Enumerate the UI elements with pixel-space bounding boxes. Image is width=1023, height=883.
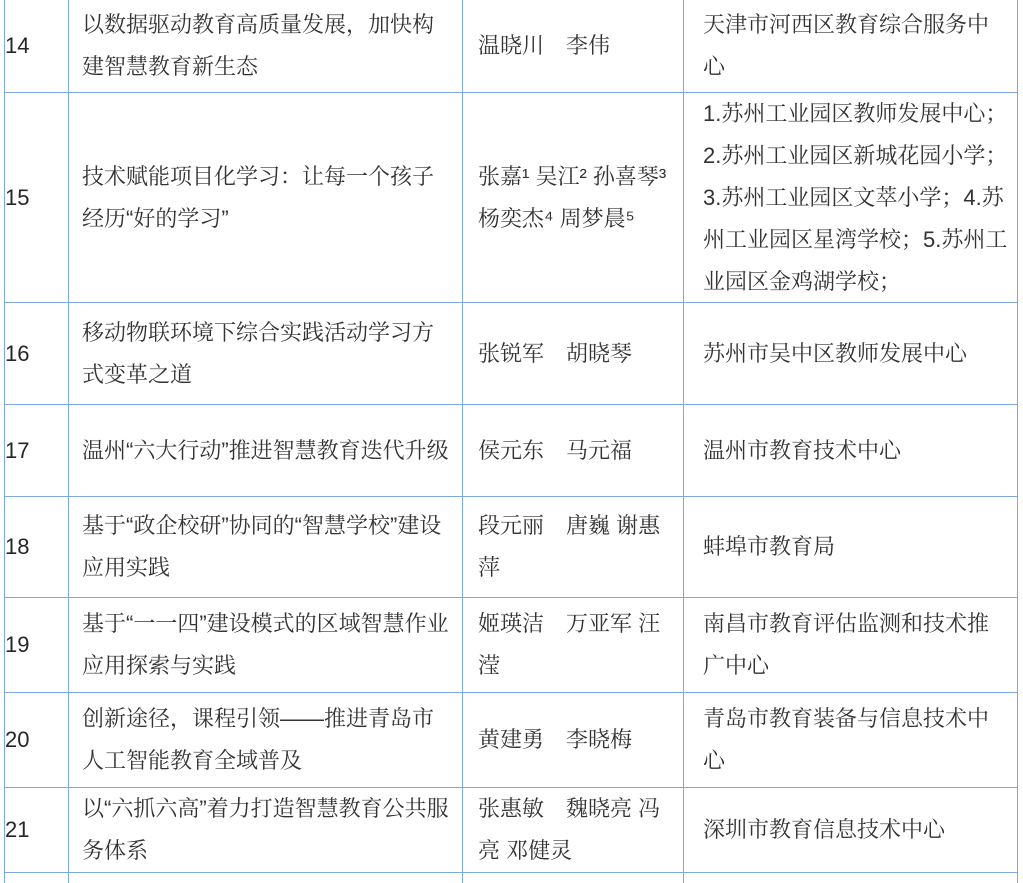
cell-row-number-text: 19 — [5, 624, 68, 666]
cell-institution: 南昌市教育评估监测和技术推广中心 — [684, 598, 1018, 692]
award-list-table: 14以数据驱动教育高质量发展，加快构建智慧教育新生态温晓川 李伟天津市河西区教育… — [4, 0, 1018, 883]
cell-institution-text: 温州市教育技术中心 — [703, 430, 1009, 472]
cell-project-title: 移动物联环境下综合实践活动学习方式变革之道 — [69, 303, 463, 404]
cell-institution-text: 深圳市教育信息技术中心 — [703, 809, 1009, 851]
cell-row-number-text: 18 — [5, 526, 68, 568]
cell-project-title-text: 创新途径，课程引领——推进青岛市人工智能教育全域普及 — [82, 698, 454, 782]
cell-institution: 青岛市教育装备与信息技术中心 — [684, 693, 1018, 787]
cell-authors: 张惠敏 魏晓亮 冯亮 邓健灵 — [463, 788, 684, 872]
cell-authors — [463, 873, 684, 883]
cell-row-number: 17 — [5, 405, 69, 496]
cell-authors-text: 黄建勇 李晓梅 — [478, 719, 673, 761]
cell-institution-text: 青岛市教育装备与信息技术中心 — [703, 698, 1009, 782]
cell-row-number-text: 17 — [5, 430, 68, 472]
cell-row-number-text: 15 — [5, 177, 68, 219]
cell-project-title-text: 基于“政企校研”协同的“智慧学校”建设应用实践 — [82, 505, 454, 589]
cell-project-title: 基于“一一四”建设模式的区域智慧作业应用探索与实践 — [69, 598, 463, 692]
cell-row-number: 19 — [5, 598, 69, 692]
cell-project-title-text: 移动物联环境下综合实践活动学习方式变革之道 — [82, 312, 454, 396]
cell-project-title-text: 温州“六大行动”推进智慧教育迭代升级 — [82, 430, 454, 472]
cell-row-number: 16 — [5, 303, 69, 404]
cell-institution-text: 1.苏州工业园区教师发展中心；2.苏州工业园区新城花园小学；3.苏州工业园区文萃… — [703, 93, 1009, 302]
cell-project-title — [69, 873, 463, 883]
cell-institution-text: 蚌埠市教育局 — [703, 526, 1009, 568]
cell-project-title: 以数据驱动教育高质量发展，加快构建智慧教育新生态 — [69, 0, 463, 92]
cell-authors: 温晓川 李伟 — [463, 0, 684, 92]
cell-project-title-text: 以“六抓六高”着力打造智慧教育公共服务体系 — [82, 788, 454, 872]
cell-authors: 张嘉¹ 吴江² 孙喜琴³ 杨奕杰⁴ 周梦晨⁵ — [463, 93, 684, 302]
cell-institution: 1.苏州工业园区教师发展中心；2.苏州工业园区新城花园小学；3.苏州工业园区文萃… — [684, 93, 1018, 302]
cell-project-title: 基于“政企校研”协同的“智慧学校”建设应用实践 — [69, 497, 463, 597]
cell-row-number: 21 — [5, 788, 69, 872]
table-row — [5, 873, 1018, 883]
cell-institution-text: 南昌市教育评估监测和技术推广中心 — [703, 603, 1009, 687]
cell-project-title: 技术赋能项目化学习：让每一个孩子经历“好的学习” — [69, 93, 463, 302]
cell-institution: 蚌埠市教育局 — [684, 497, 1018, 597]
table-row: 17温州“六大行动”推进智慧教育迭代升级侯元东 马元福温州市教育技术中心 — [5, 405, 1018, 497]
cell-authors-text: 张惠敏 魏晓亮 冯亮 邓健灵 — [478, 788, 673, 872]
table-row: 18基于“政企校研”协同的“智慧学校”建设应用实践段元丽 唐巍 谢惠萍蚌埠市教育… — [5, 497, 1018, 598]
table-row: 20创新途径，课程引领——推进青岛市人工智能教育全域普及黄建勇 李晓梅青岛市教育… — [5, 693, 1018, 788]
cell-row-number — [5, 873, 69, 883]
cell-row-number: 18 — [5, 497, 69, 597]
table-row: 15技术赋能项目化学习：让每一个孩子经历“好的学习”张嘉¹ 吴江² 孙喜琴³ 杨… — [5, 93, 1018, 303]
cell-row-number: 15 — [5, 93, 69, 302]
cell-authors: 段元丽 唐巍 谢惠萍 — [463, 497, 684, 597]
cell-authors: 黄建勇 李晓梅 — [463, 693, 684, 787]
cell-project-title-text: 以数据驱动教育高质量发展，加快构建智慧教育新生态 — [82, 4, 454, 88]
cell-project-title-text: 基于“一一四”建设模式的区域智慧作业应用探索与实践 — [82, 603, 454, 687]
cell-institution: 苏州市吴中区教师发展中心 — [684, 303, 1018, 404]
cell-institution-text: 苏州市吴中区教师发展中心 — [703, 333, 1009, 375]
table-row: 19基于“一一四”建设模式的区域智慧作业应用探索与实践姬瑛洁 万亚军 汪滢南昌市… — [5, 598, 1018, 693]
cell-row-number-text: 14 — [5, 25, 68, 67]
cell-authors-text: 侯元东 马元福 — [478, 430, 673, 472]
cell-authors: 张锐军 胡晓琴 — [463, 303, 684, 404]
cell-authors: 姬瑛洁 万亚军 汪滢 — [463, 598, 684, 692]
table-row: 21以“六抓六高”着力打造智慧教育公共服务体系张惠敏 魏晓亮 冯亮 邓健灵深圳市… — [5, 788, 1018, 873]
table-row: 14以数据驱动教育高质量发展，加快构建智慧教育新生态温晓川 李伟天津市河西区教育… — [5, 0, 1018, 93]
cell-project-title-text: 技术赋能项目化学习：让每一个孩子经历“好的学习” — [82, 156, 454, 240]
cell-row-number-text: 16 — [5, 333, 68, 375]
cell-institution — [684, 873, 1018, 883]
cell-row-number-text: 21 — [5, 809, 68, 851]
cell-row-number: 20 — [5, 693, 69, 787]
cell-institution: 温州市教育技术中心 — [684, 405, 1018, 496]
cell-authors-text: 段元丽 唐巍 谢惠萍 — [478, 505, 673, 589]
cell-authors: 侯元东 马元福 — [463, 405, 684, 496]
cell-project-title: 创新途径，课程引领——推进青岛市人工智能教育全域普及 — [69, 693, 463, 787]
cell-authors-text: 张嘉¹ 吴江² 孙喜琴³ 杨奕杰⁴ 周梦晨⁵ — [478, 156, 673, 240]
cell-institution: 深圳市教育信息技术中心 — [684, 788, 1018, 872]
cell-project-title: 温州“六大行动”推进智慧教育迭代升级 — [69, 405, 463, 496]
cell-authors-text: 张锐军 胡晓琴 — [478, 333, 673, 375]
cell-row-number-text: 20 — [5, 719, 68, 761]
cell-authors-text: 姬瑛洁 万亚军 汪滢 — [478, 603, 673, 687]
table-row: 16移动物联环境下综合实践活动学习方式变革之道张锐军 胡晓琴苏州市吴中区教师发展… — [5, 303, 1018, 405]
cell-institution: 天津市河西区教育综合服务中心 — [684, 0, 1018, 92]
cell-authors-text: 温晓川 李伟 — [478, 25, 673, 67]
cell-row-number: 14 — [5, 0, 69, 92]
cell-institution-text: 天津市河西区教育综合服务中心 — [703, 4, 1009, 88]
cell-project-title: 以“六抓六高”着力打造智慧教育公共服务体系 — [69, 788, 463, 872]
